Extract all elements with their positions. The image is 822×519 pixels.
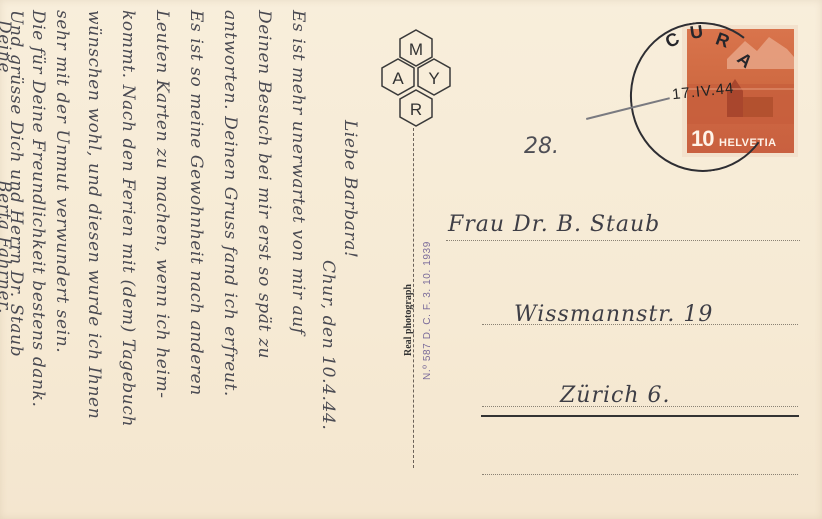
message-line: antworten. Deinen Gruss fand ich erfreut… [220,10,240,397]
message-line: Die für Deine Freundlichkeit bestens dan… [28,10,48,408]
message-dateline: Chur, den 10.4.44. [318,260,338,430]
message-greeting: Liebe Barbara! [340,120,360,258]
address-rule [482,406,798,407]
logo-letter: A [392,69,404,88]
logo-letter: Y [428,69,439,88]
logo-letter: R [410,100,422,119]
message-line: Deinen Besuch bei mir erst so spät zu [254,10,274,359]
message-line: Es ist mehr unerwartet von mir auf [288,10,308,335]
real-photograph-label: Real photograph [403,284,414,356]
address-line-3: Zürich 6. [560,383,670,408]
message-line: sehr mit der Unmut verwundert sein. [52,10,72,353]
message-line: wünschen wohl, und diesen wurde ich Ihne… [84,10,104,419]
address-rule [482,474,798,475]
hexagon-logo-icon: M A Y R [380,28,452,132]
message-line: Leuten Karten zu machen, wenn ich heim- [152,10,172,399]
postmark-letter: U [689,21,705,44]
publisher-imprint: N.º 587 D. C. F. 3. 10. 1939 [422,241,433,380]
address-rule [482,324,798,325]
handwritten-message: Liebe Barbara! Chur, den 10.4.44. Es ist… [0,10,360,510]
message-line: kommt. Nach den Ferien mit (dem) Tagebuc… [118,10,138,427]
message-closing: Deine [0,20,14,73]
logo-letter: M [409,40,423,59]
annotation: 28. [524,134,559,159]
postcard: Liebe Barbara! Chur, den 10.4.44. Es ist… [0,0,822,519]
address-underline [481,415,799,417]
address-rule [446,240,800,241]
address-line-1: Frau Dr. B. Staub [448,212,660,237]
message-signature: Berta Fahrner. [0,180,14,314]
message-line: Es ist so meine Gewohnheit nach anderen [186,10,206,396]
